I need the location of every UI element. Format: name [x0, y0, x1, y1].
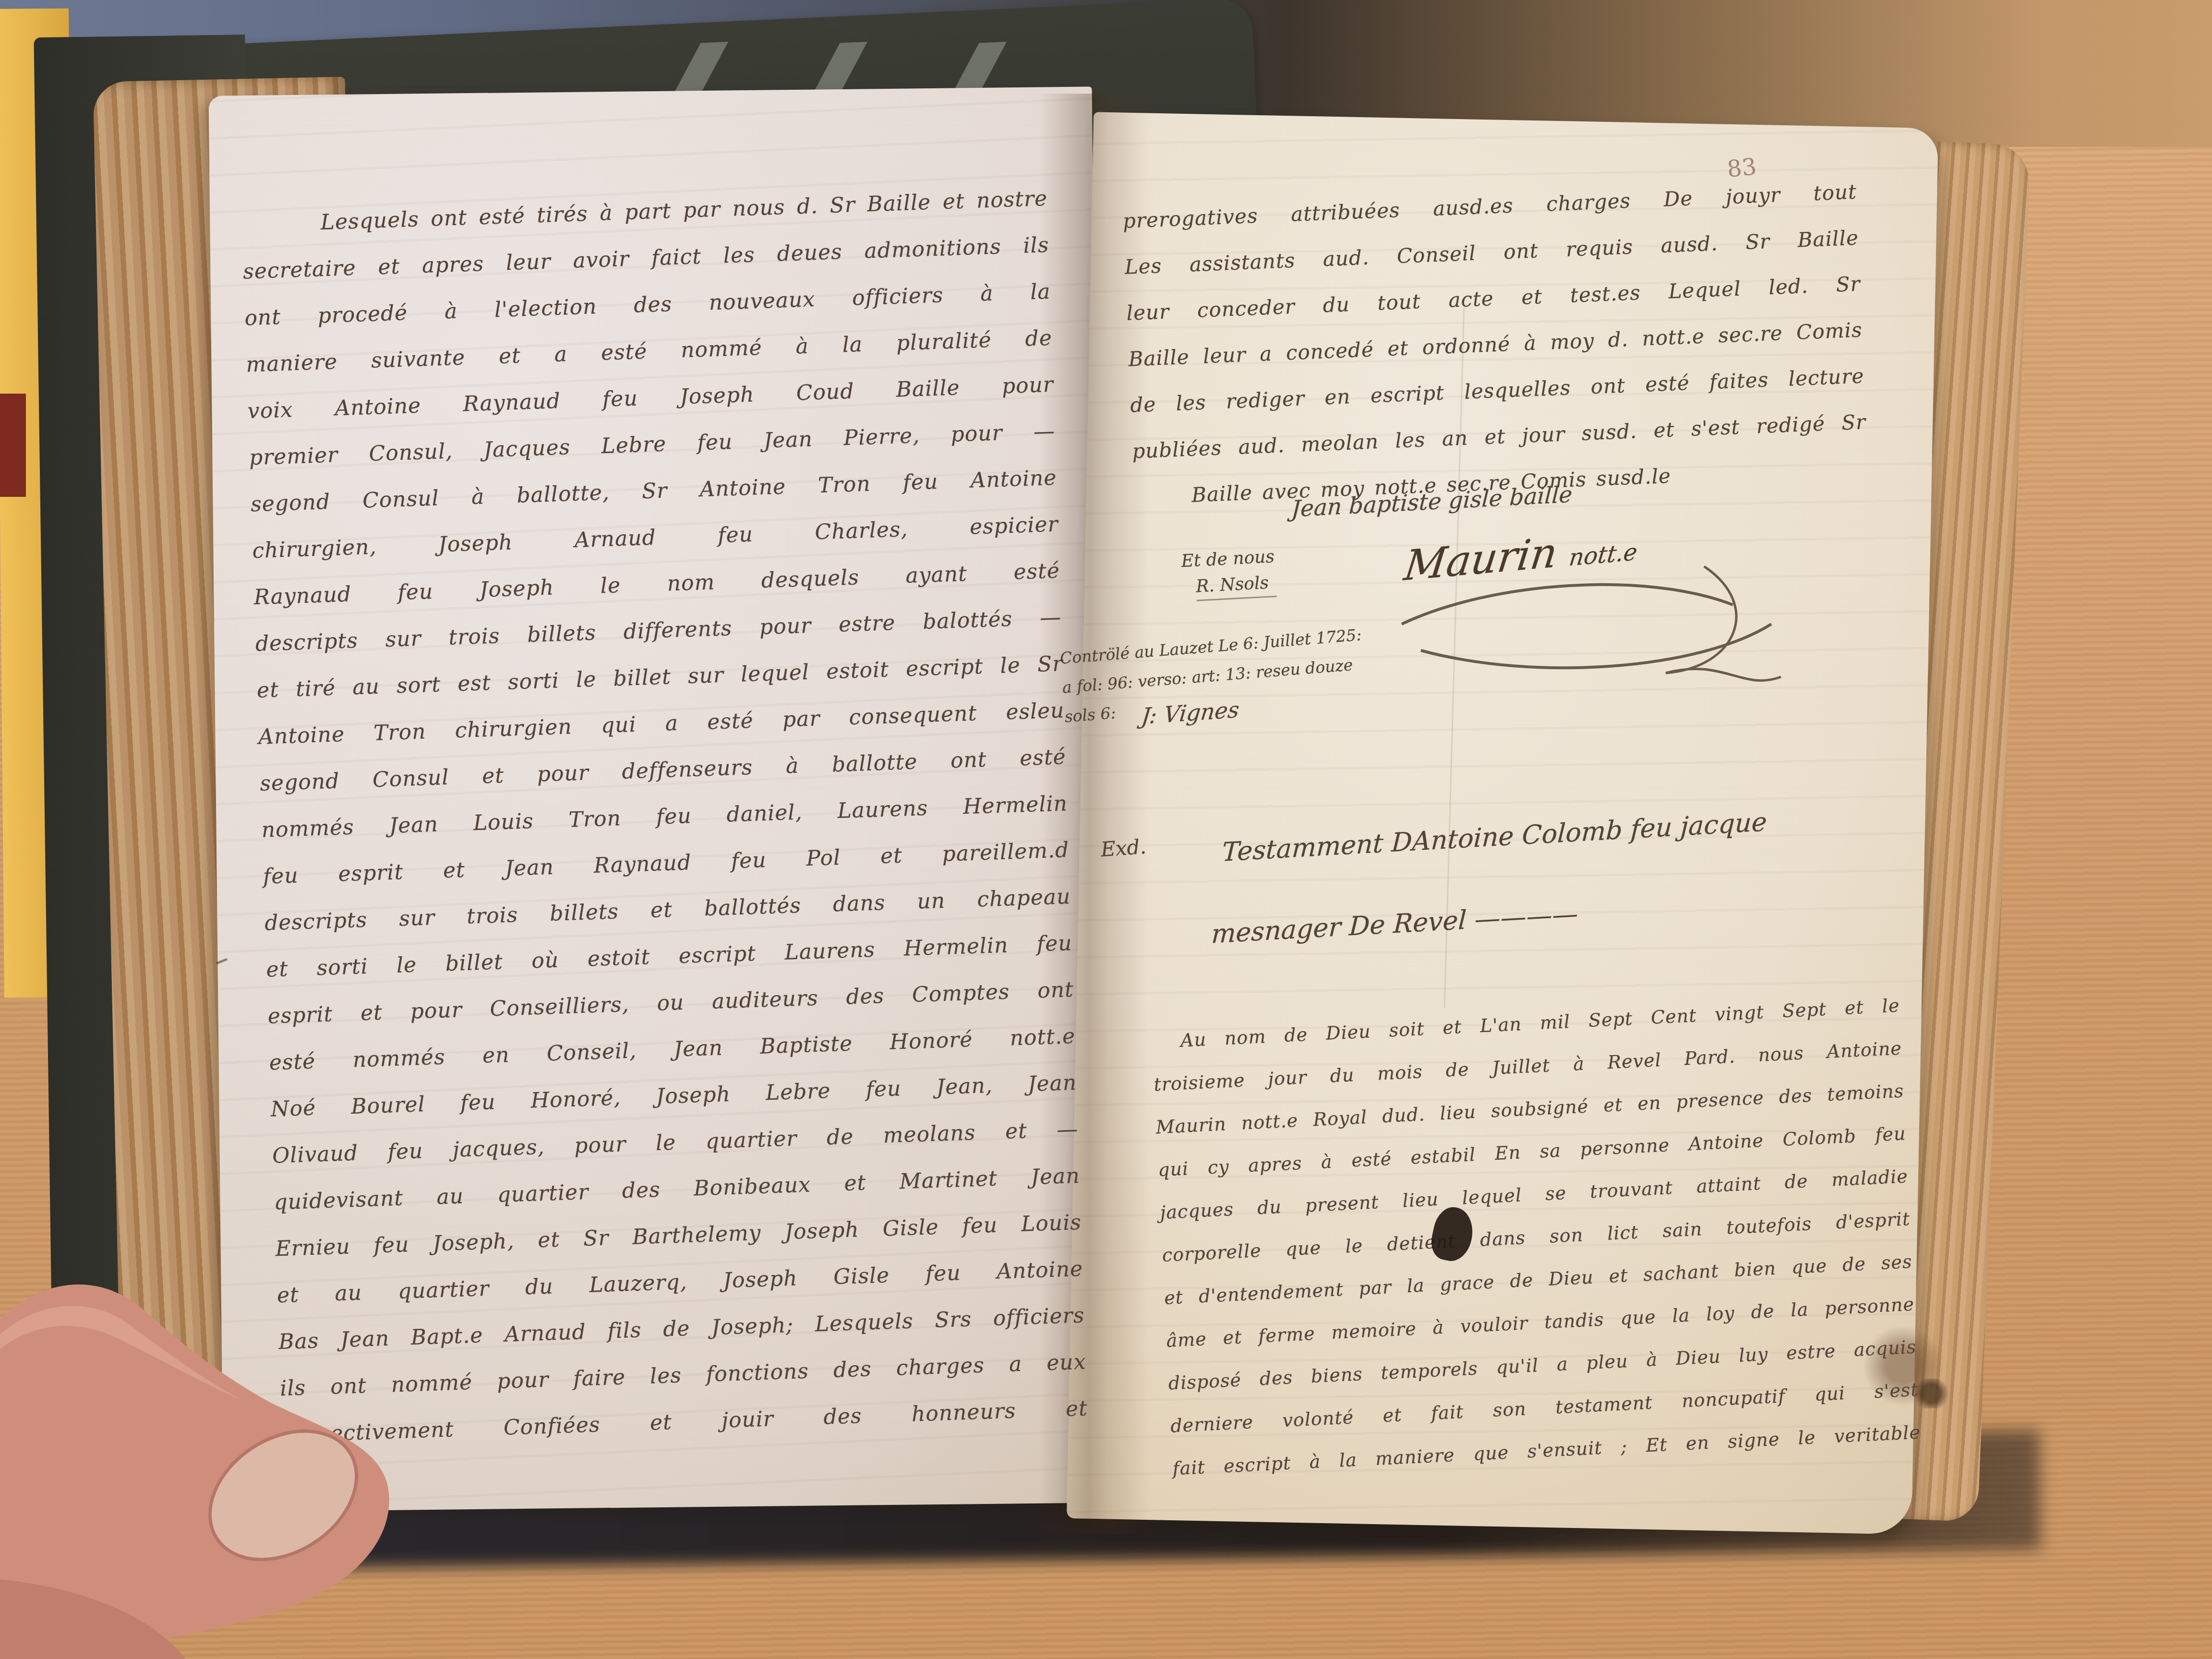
paper-stain: [1913, 1379, 1949, 1408]
margin-mark-exd: Exd.: [1100, 835, 1147, 861]
testament-body-text: Au nom de Dieu soit et L'an mil Sept Cen…: [1151, 984, 1922, 1490]
witness-note-line: R. Nsols: [1195, 570, 1276, 601]
red-book-spine: [0, 394, 26, 497]
right-page-body-text: prerogatives attribuées ausd.es charges …: [1122, 169, 1869, 521]
signature-flourish: [1387, 547, 1810, 706]
manuscript-photo: Lesquels ont esté tirés à part par nous …: [0, 0, 2212, 1659]
reader-thumb: [0, 1176, 422, 1659]
folio-number: 83: [1726, 153, 1758, 183]
witness-note: Et de nous R. Nsols: [1180, 544, 1276, 602]
